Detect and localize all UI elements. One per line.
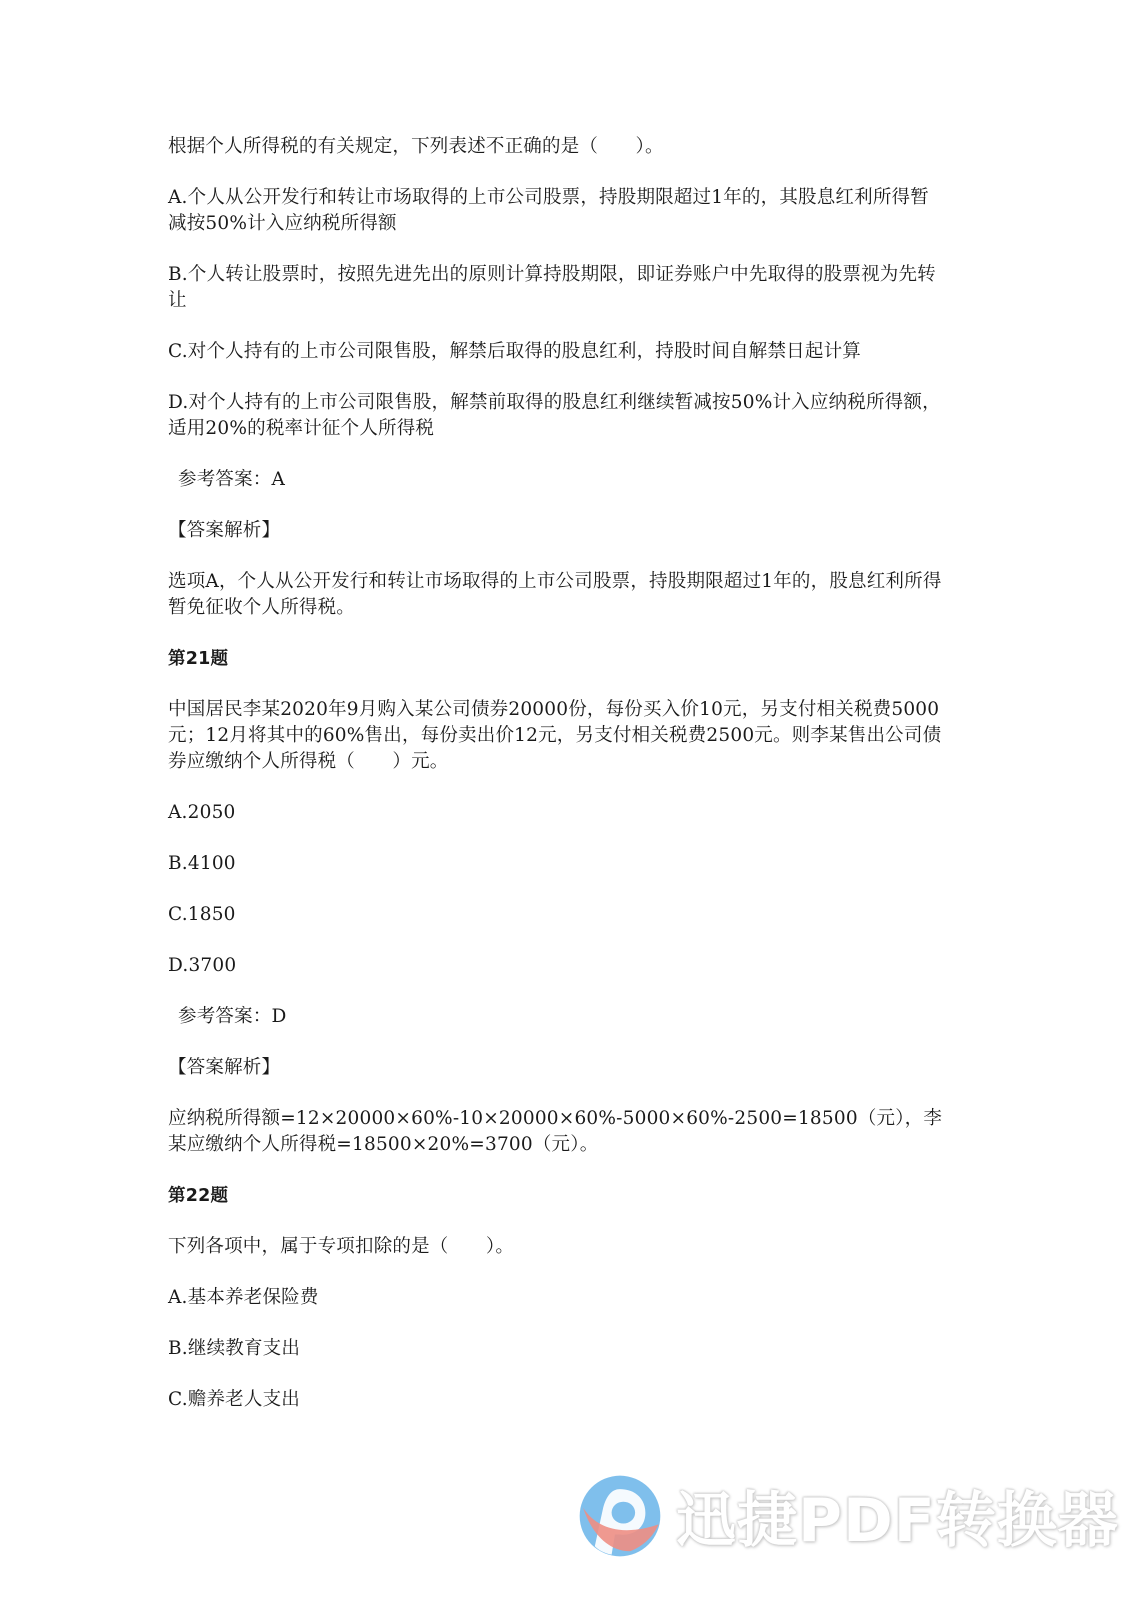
analysis-text: 应纳税所得额=12×20000×60%-10×20000×60%-5000×60… [168,1106,943,1158]
xunjie-pdf-logo-icon [578,1474,662,1558]
analysis-title: 【答案解析】 [168,518,943,544]
reference-answer: 参考答案：A [168,467,943,493]
document-page: 根据个人所得税的有关规定，下列表述不正确的是（ ）。 A.个人从公开发行和转让市… [168,134,943,1438]
question-stem: 下列各项中，属于专项扣除的是（ ）。 [168,1234,943,1260]
question-stem: 根据个人所得税的有关规定，下列表述不正确的是（ ）。 [168,134,943,160]
option-a: A.2050 [168,800,943,826]
option-a: A.个人从公开发行和转让市场取得的上市公司股票，持股期限超过1年的，其股息红利所… [168,185,943,237]
option-d: D.对个人持有的上市公司限售股，解禁前取得的股息红利继续暂减按50%计入应纳税所… [168,390,943,442]
question-heading: 第21题 [168,646,943,672]
option-a: A.基本养老保险费 [168,1285,943,1311]
question-stem: 中国居民李某2020年9月购入某公司债券20000份，每份买入价10元，另支付相… [168,697,943,775]
option-c: C.1850 [168,902,943,928]
question-heading: 第22题 [168,1183,943,1209]
option-c: C.赡养老人支出 [168,1387,943,1413]
watermark: 迅捷PDF转换器 [578,1466,1119,1566]
option-d: D.3700 [168,953,943,979]
analysis-title: 【答案解析】 [168,1055,943,1081]
analysis-text: 选项A，个人从公开发行和转让市场取得的上市公司股票，持股期限超过1年的，股息红利… [168,569,943,621]
watermark-text: 迅捷PDF转换器 [676,1473,1119,1559]
option-c: C.对个人持有的上市公司限售股，解禁后取得的股息红利，持股时间自解禁日起计算 [168,339,943,365]
option-b: B.个人转让股票时，按照先进先出的原则计算持股期限，即证券账户中先取得的股票视为… [168,262,943,314]
option-b: B.继续教育支出 [168,1336,943,1362]
reference-answer: 参考答案：D [168,1004,943,1030]
option-b: B.4100 [168,851,943,877]
